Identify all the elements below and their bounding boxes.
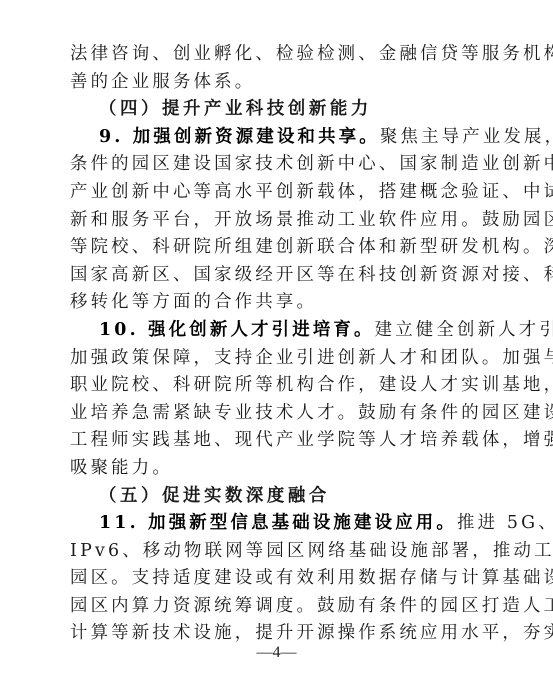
body-line: 吸聚能力。 [70,455,464,483]
item-10-title: 10. 强化创新人才引进培育。 [99,320,375,340]
body-line: 园区内算力资源统筹调度。鼓励有条件的园区打造人工智能、云 [70,593,464,621]
item-9-text: 聚焦主导产业发展，鼓励有 [380,127,553,147]
item-9-line: 9. 加强创新资源建设和共享。聚焦主导产业发展，鼓励有 [70,124,464,152]
document-body: 法律咨询、创业孵化、检验检测、金融信贷等服务机构，构建完 善的企业服务体系。 （… [70,41,464,648]
body-line: 园区。支持适度建设或有效利用数据存储与计算基础设施，加强 [70,565,464,593]
body-line: 等院校、科研院所组建创新联合体和新型研发机构。深化园区与 [70,234,464,262]
item-10-line: 10. 强化创新人才引进培育。建立健全创新人才引育机制， [70,317,464,345]
body-line: 产业创新中心等高水平创新载体，搭建概念验证、中试验证等创 [70,179,464,207]
body-line: 职业院校、科研院所等机构合作，建设人才实训基地，为园区企 [70,372,464,400]
body-line: 移转化等方面的合作共享。 [70,289,464,317]
section-heading-4: （四）提升产业科技创新能力 [70,96,464,124]
item-11-title: 11. 加强新型信息基础设施建设应用。 [99,513,457,533]
page-number: —4— [0,644,553,662]
body-line: 加强政策保障，支持企业引进创新人才和团队。加强与高等院校、 [70,345,464,373]
item-9-title: 9. 加强创新资源建设和共享。 [99,127,380,147]
body-line: 善的企业服务体系。 [70,69,464,97]
body-line: IPv6、移动物联网等园区网络基础设施部署，推动工业互联网进 [70,538,464,566]
item-11-text: 推进 5G、千兆光网、 [457,513,553,533]
document-page: 法律咨询、创业孵化、检验检测、金融信贷等服务机构，构建完 善的企业服务体系。 （… [0,0,553,689]
item-11-line: 11. 加强新型信息基础设施建设应用。推进 5G、千兆光网、 [70,510,464,538]
body-line: 新和服务平台，开放场景推动工业软件应用。鼓励园区企业与高 [70,207,464,235]
body-line: 工程师实践基地、现代产业学院等人才培养载体，增强高端人才 [70,427,464,455]
item-10-text: 建立健全创新人才引育机制， [375,320,553,340]
section-heading-5: （五）促进实数深度融合 [70,483,464,511]
body-line: 国家高新区、国家级经开区等在科技创新资源对接、科技成果转 [70,262,464,290]
body-line: 法律咨询、创业孵化、检验检测、金融信贷等服务机构，构建完 [70,41,464,69]
body-line: 条件的园区建设国家技术创新中心、国家制造业创新中心、国家 [70,151,464,179]
body-line: 业培养急需紧缺专业技术人才。鼓励有条件的园区建设国家卓越 [70,400,464,428]
